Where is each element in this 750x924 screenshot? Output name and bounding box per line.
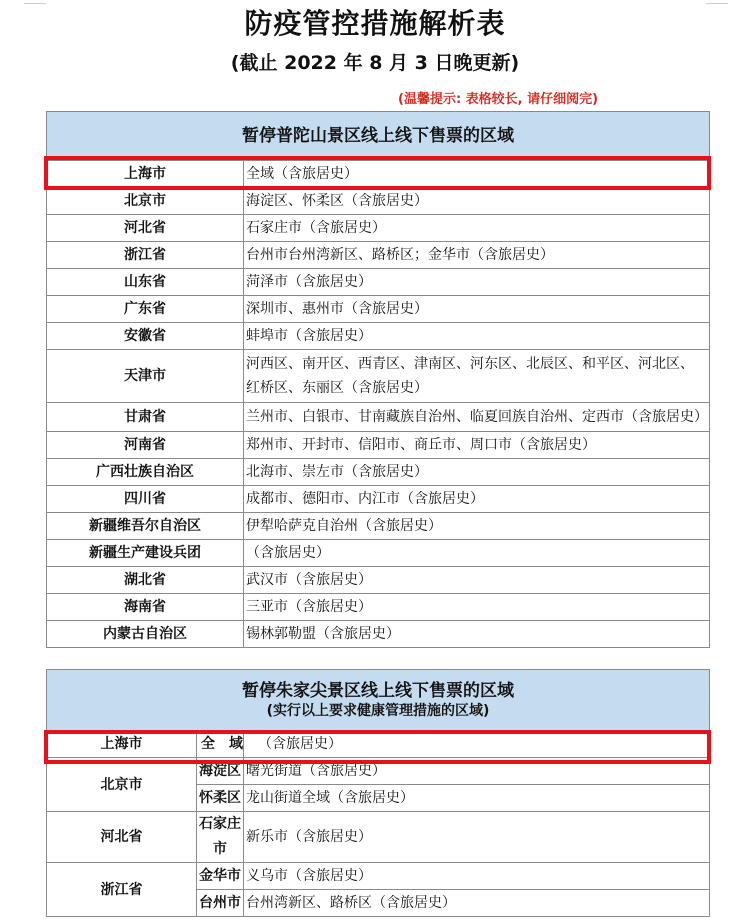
areas-cell: 北海市、崇左市（含旅居史）: [244, 459, 710, 486]
province-cell: 浙江省: [47, 242, 244, 269]
table-row: 天津市河西区、南开区、西青区、津南区、河东区、北辰区、和平区、河北区、红桥区、东…: [47, 350, 710, 403]
areas-cell: 伊犁哈萨克自治州（含旅居史）: [244, 513, 710, 540]
areas-cell: 龙山街道全域（含旅居史）: [244, 785, 710, 812]
table-row: 新疆生产建设兵团（含旅居史）: [47, 540, 710, 567]
areas-cell: 兰州市、白银市、甘南藏族自治州、临夏回族自治州、定西市（含旅居史）: [244, 403, 710, 432]
table-row: 内蒙古自治区锡林郭勒盟（含旅居史）: [47, 621, 710, 648]
areas-cell: 台州湾新区、路桥区（含旅居史）: [244, 890, 710, 917]
province-cell: 新疆维吾尔自治区: [47, 513, 244, 540]
highlight-box-shanghai-putuo: [44, 156, 711, 190]
table-row: 河北省石家庄市（含旅居史）: [47, 215, 710, 242]
table-row: 北京市海淀区、怀柔区（含旅居史）: [47, 188, 710, 215]
areas-cell: 蚌埠市（含旅居史）: [244, 323, 710, 350]
province-cell: 内蒙古自治区: [47, 621, 244, 648]
table-row: 广东省深圳市、惠州市（含旅居史）: [47, 296, 710, 323]
areas-cell: 义乌市（含旅居史）: [244, 863, 710, 890]
province-cell: 北京市: [47, 758, 197, 812]
section2-header: 暂停朱家尖景区线上线下售票的区域 (实行以上要求健康管理措施的区域): [47, 670, 710, 731]
province-cell: 浙江省: [47, 863, 197, 917]
section2-title: 暂停朱家尖景区线上线下售票的区域: [242, 681, 514, 701]
province-cell: 河北省: [47, 215, 244, 242]
areas-cell: 河西区、南开区、西青区、津南区、河东区、北辰区、和平区、河北区、红桥区、东丽区（…: [244, 350, 710, 403]
province-cell: 北京市: [47, 188, 244, 215]
areas-cell: 深圳市、惠州市（含旅居史）: [244, 296, 710, 323]
province-cell: 广西壮族自治区: [47, 459, 244, 486]
areas-cell: 海淀区、怀柔区（含旅居史）: [244, 188, 710, 215]
areas-cell: 石家庄市（含旅居史）: [244, 215, 710, 242]
table-row: 湖北省武汉市（含旅居史）: [47, 567, 710, 594]
section1-table: 暂停普陀山景区线上线下售票的区域 上海市全域（含旅居史）北京市海淀区、怀柔区（含…: [46, 111, 710, 648]
table-row: 浙江省台州市台州湾新区、路桥区；金华市（含旅居史）: [47, 242, 710, 269]
document-subtitle: (截止 2022 年 8 月 3 日晚更新): [0, 48, 750, 75]
areas-cell: 三亚市（含旅居史）: [244, 594, 710, 621]
province-cell: 广东省: [47, 296, 244, 323]
section1-header: 暂停普陀山景区线上线下售票的区域: [47, 112, 710, 161]
areas-cell: 菏泽市（含旅居史）: [244, 269, 710, 296]
areas-cell: 新乐市（含旅居史）: [244, 812, 710, 863]
province-cell: 天津市: [47, 350, 244, 403]
table-row: 海南省三亚市（含旅居史）: [47, 594, 710, 621]
reading-tip: (温馨提示: 表格较长, 请仔细阅完): [398, 88, 598, 107]
section2-subtitle: (实行以上要求健康管理措施的区域): [49, 702, 707, 720]
province-cell: 河南省: [47, 432, 244, 459]
table-row: 四川省成都市、德阳市、内江市（含旅居史）: [47, 486, 710, 513]
table-row: 山东省菏泽市（含旅居史）: [47, 269, 710, 296]
table-row: 新疆维吾尔自治区伊犁哈萨克自治州（含旅居史）: [47, 513, 710, 540]
areas-cell: 武汉市（含旅居史）: [244, 567, 710, 594]
district-cell: 金华市: [197, 863, 244, 890]
district-cell: 怀柔区: [197, 785, 244, 812]
province-cell: 甘肃省: [47, 403, 244, 432]
province-cell: 山东省: [47, 269, 244, 296]
province-cell: 安徽省: [47, 323, 244, 350]
province-cell: 新疆生产建设兵团: [47, 540, 244, 567]
areas-cell: 郑州市、开封市、信阳市、商丘市、周口市（含旅居史）: [244, 432, 710, 459]
table-row: 甘肃省兰州市、白银市、甘南藏族自治州、临夏回族自治州、定西市（含旅居史）: [47, 403, 710, 432]
areas-cell: （含旅居史）: [244, 540, 710, 567]
district-cell: 石家庄市: [197, 812, 244, 863]
table-row: 广西壮族自治区北海市、崇左市（含旅居史）: [47, 459, 710, 486]
section2-table: 暂停朱家尖景区线上线下售票的区域 (实行以上要求健康管理措施的区域) 上海市 全…: [46, 669, 710, 917]
areas-cell: 锡林郭勒盟（含旅居史）: [244, 621, 710, 648]
district-cell: 台州市: [197, 890, 244, 917]
document-title: 防疫管控措施解析表: [0, 2, 750, 42]
highlight-box-shanghai-zhujiajian: [44, 730, 711, 764]
province-cell: 海南省: [47, 594, 244, 621]
province-cell: 四川省: [47, 486, 244, 513]
table-row: 浙江省 金华市 义乌市（含旅居史）: [47, 863, 710, 890]
province-cell: 河北省: [47, 812, 197, 863]
province-cell: 湖北省: [47, 567, 244, 594]
areas-cell: 成都市、德阳市、内江市（含旅居史）: [244, 486, 710, 513]
areas-cell: 台州市台州湾新区、路桥区；金华市（含旅居史）: [244, 242, 710, 269]
table-row: 河北省 石家庄市 新乐市（含旅居史）: [47, 812, 710, 863]
table-row: 河南省郑州市、开封市、信阳市、商丘市、周口市（含旅居史）: [47, 432, 710, 459]
table-row: 安徽省蚌埠市（含旅居史）: [47, 323, 710, 350]
